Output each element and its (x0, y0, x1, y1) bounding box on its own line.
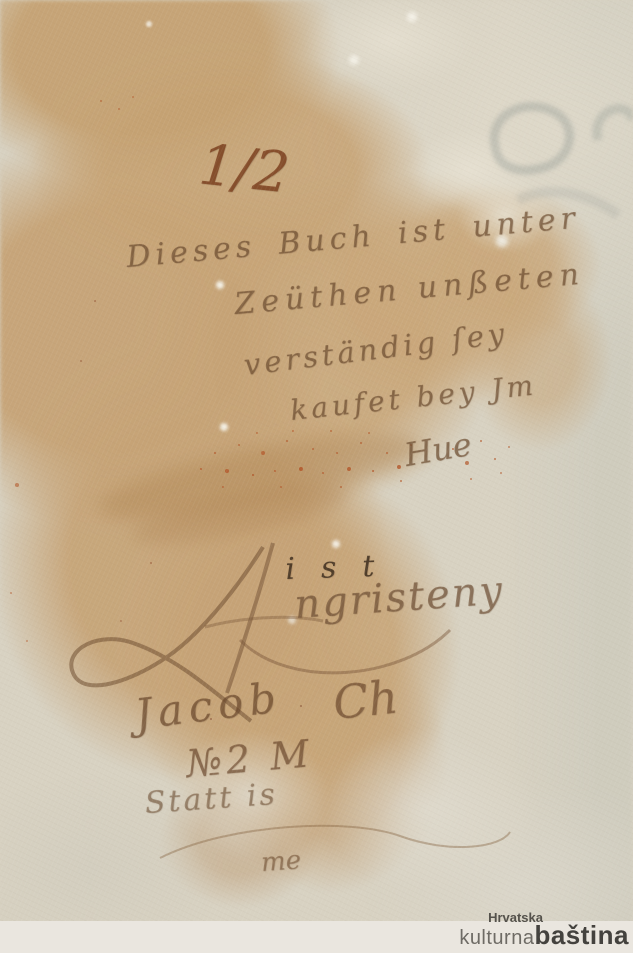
handwriting-line: Hue (401, 425, 474, 474)
bottom-swash (150, 818, 520, 878)
diagonal-smudge-small (128, 474, 352, 555)
watermark-kulturna-label: kulturna (459, 927, 534, 950)
watermark-logo: Hrvatska kulturna baština (459, 920, 629, 951)
faint-line: Statt is (144, 777, 279, 821)
signature-initial-flourish (55, 535, 385, 725)
watermark-hrvatska-label: Hrvatska (488, 910, 543, 925)
signature-underline-swash (230, 620, 460, 700)
watermark-bastina-label: baština (534, 920, 629, 951)
signature-name: ngristeny (293, 567, 506, 628)
numbering-mark: №2 M (184, 731, 314, 786)
diagonal-smudge (92, 417, 427, 537)
page-number-mark: 1/2 (196, 132, 292, 206)
paper-stain-layer (0, 0, 633, 953)
owner-name-partial: Ch (330, 670, 400, 730)
manuscript-scan: 1/2 Dieses Buch ist unter Zeüthen unßete… (0, 0, 633, 953)
owner-name: Jacob (132, 672, 284, 739)
handwriting-line: Zeüthen unßeten (233, 256, 586, 322)
handwriting-line: kaufet bey Jm (289, 368, 539, 427)
watermark-bar: Hrvatska kulturna baština (0, 921, 633, 953)
faint-letters: me (260, 845, 302, 878)
handwriting-line: verständig ſey (242, 316, 510, 382)
white-damage-spots (0, 0, 4, 4)
ghost-ink-swirls (478, 80, 633, 240)
vignette (0, 0, 633, 953)
rust-speckles (0, 0, 2, 2)
overwritten-word: ist (285, 548, 401, 587)
paper-texture (0, 0, 633, 953)
handwriting-line: Dieses Buch ist unter (125, 200, 581, 275)
